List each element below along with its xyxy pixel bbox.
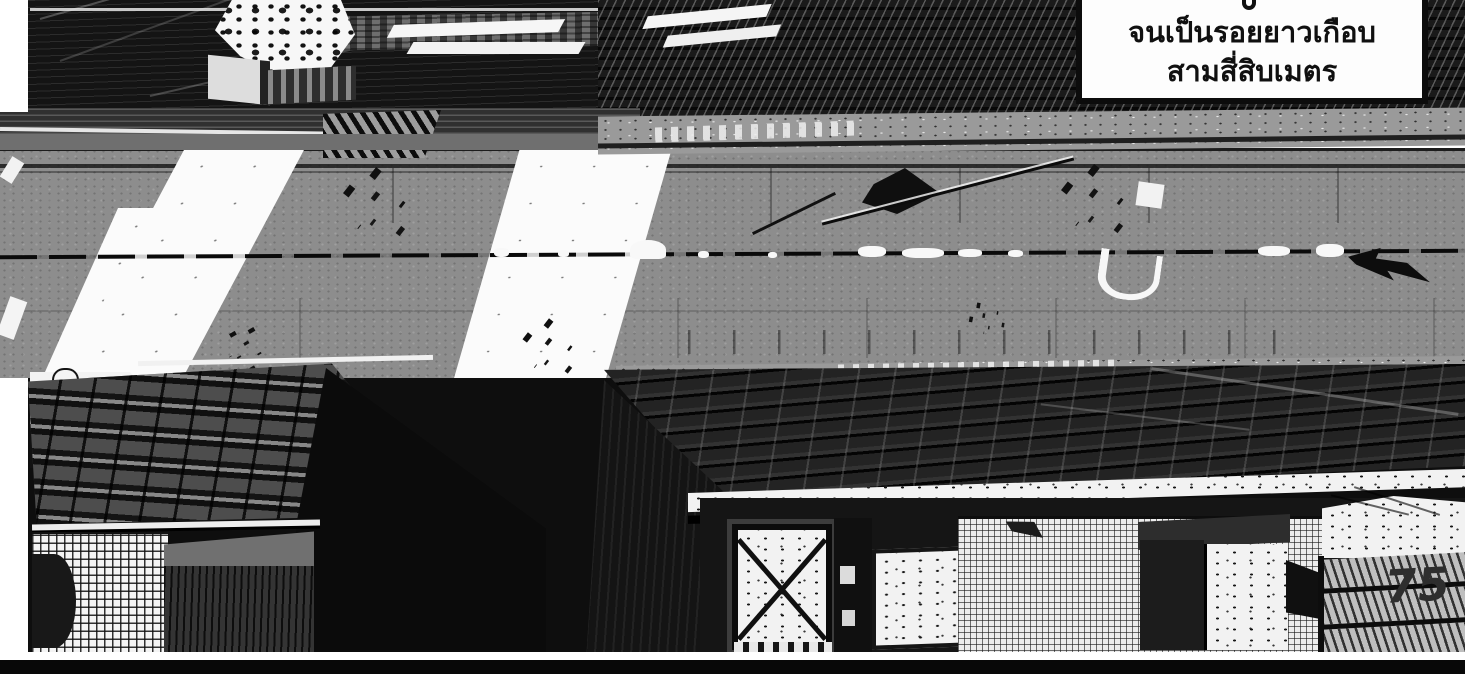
caption-line-2: สามสี่สิบเมตร [1167, 52, 1337, 90]
gouge-chip [1258, 246, 1290, 256]
debris-white-chip [1135, 181, 1164, 208]
rubble-ledge-slab [268, 66, 356, 105]
caption-box: จนเป็นรอยยาวเกือบ สามสี่สิบเมตร [1076, 0, 1428, 104]
gouge-chip-large [630, 240, 666, 259]
next-panel-black-bar [0, 660, 1465, 674]
skylight-x-panel [732, 524, 832, 650]
gouge-chip [902, 248, 944, 258]
page-margin-top-left [0, 0, 28, 112]
corner-white-patch [1322, 496, 1465, 558]
wall-horizontal-joint [0, 310, 1465, 312]
gouge-chip [1316, 244, 1344, 257]
speckled-hatch-panel [872, 546, 968, 649]
gouge-chip [958, 249, 982, 257]
caption-line-1: จนเป็นรอยยาวเกือบ [1128, 13, 1376, 51]
strip-white-square-1 [840, 566, 855, 584]
hatched-roof-left-edge [1318, 556, 1324, 656]
strip-white-square-2 [842, 610, 855, 626]
gouge-chip [558, 250, 569, 257]
light-slat-2 [407, 42, 586, 54]
gouge-chip [698, 251, 709, 258]
clipped-text-fragment [1242, 0, 1256, 10]
gouge-chip [858, 246, 886, 257]
ledge-band-left-lower [0, 134, 640, 150]
mesh-dark-bump [32, 554, 76, 648]
small-box-front-white [1204, 544, 1288, 650]
page-margin-bottom-left [0, 378, 28, 674]
page-margin-bottom [0, 652, 1465, 660]
manga-panel: 75 จนเป็นรอยยาวเกือบ สามสี่สิบเมตร [0, 0, 1465, 674]
gouge-chip [494, 248, 509, 257]
gouge-chip [1008, 250, 1023, 257]
crate-front-face [164, 566, 314, 654]
facade-dark-strip [834, 518, 872, 654]
gouge-chip [768, 252, 777, 258]
page-number: 75 [1382, 560, 1459, 614]
wall-base-ticks [688, 330, 1288, 354]
rubble-ledge-step [208, 55, 270, 106]
small-box-front-dark [1140, 540, 1204, 650]
